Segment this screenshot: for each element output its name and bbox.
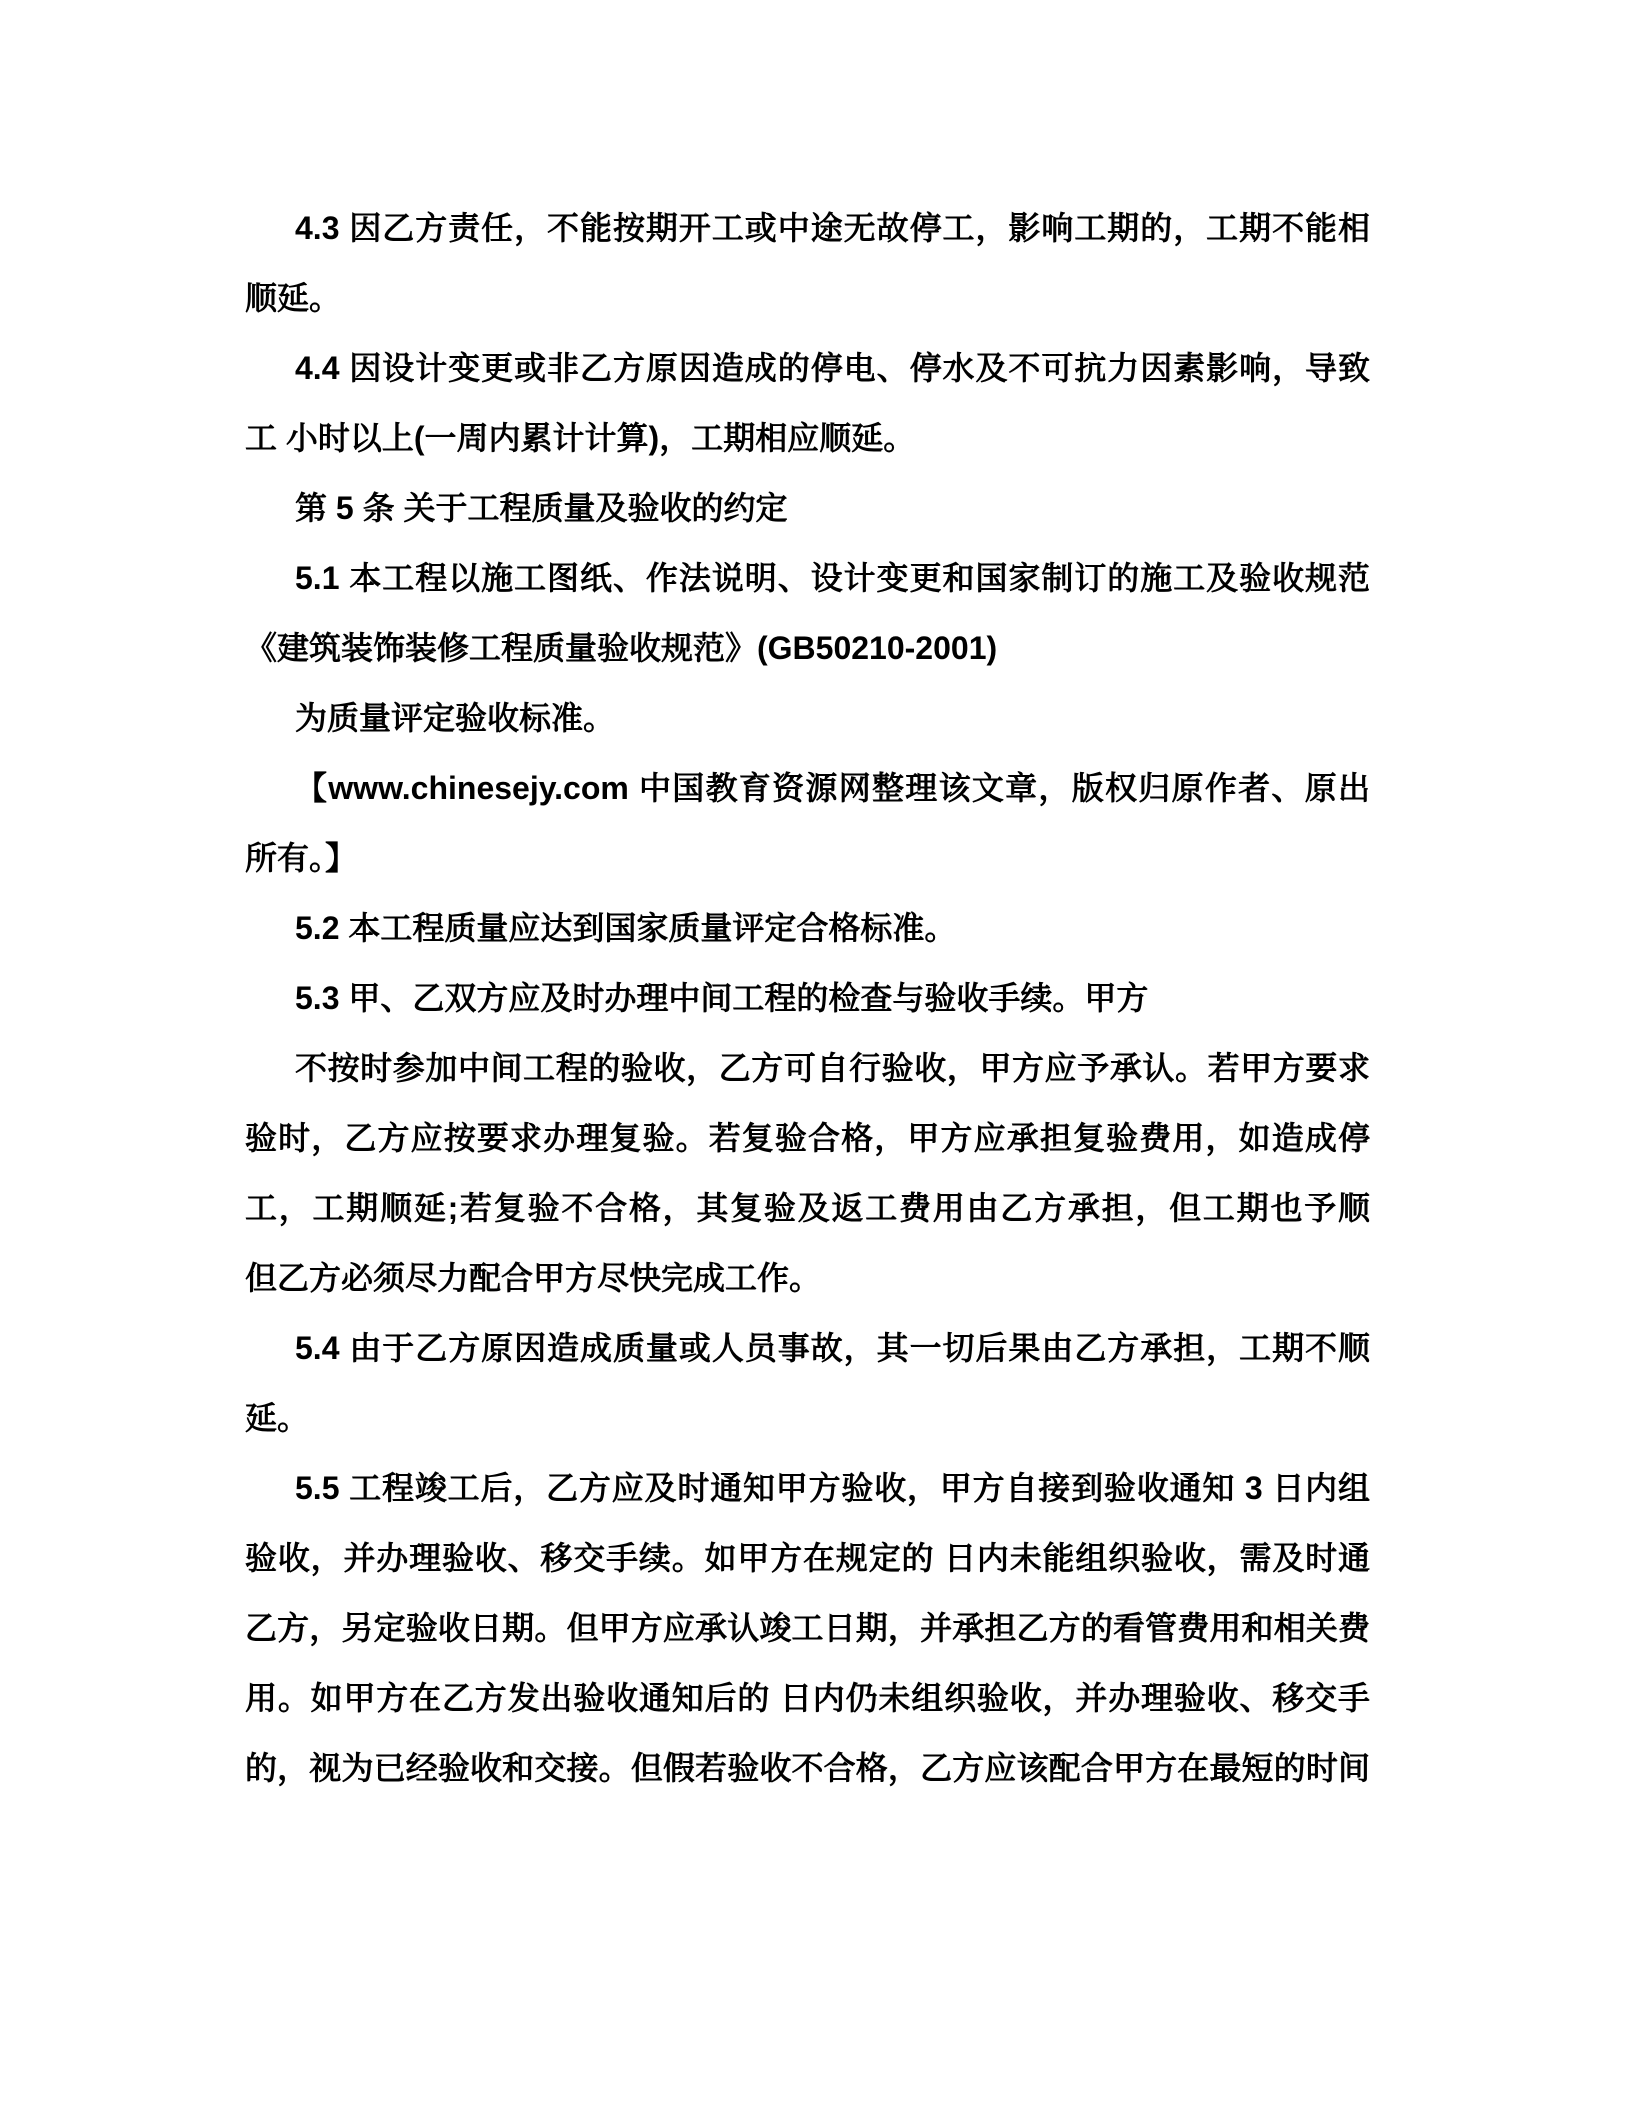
text-line: 工 小时以上(一周内累计计算)，工期相应顺延。 [245, 403, 1370, 473]
text-line: 5.1 本工程以施工图纸、作法说明、设计变更和国家制订的施工及验收规范 [245, 543, 1370, 613]
text-line: 乙方，另定验收日期。但甲方应承认竣工日期，并承担乙方的看管费用和相关费 [245, 1593, 1370, 1663]
text-line: 4.3 因乙方责任，不能按期开工或中途无故停工，影响工期的，工期不能相应 [245, 193, 1370, 263]
text-line: 的，视为已经验收和交接。但假若验收不合格，乙方应该配合甲方在最短的时间 [245, 1733, 1370, 1803]
text-line: 验时，乙方应按要求办理复验。若复验合格，甲方应承担复验费用，如造成停 [245, 1103, 1370, 1173]
text-line: 5.5 工程竣工后，乙方应及时通知甲方验收，甲方自接到验收通知 3 日内组织 [245, 1453, 1370, 1523]
text-line: 不按时参加中间工程的验收，乙方可自行验收，甲方应予承认。若甲方要求复 [245, 1033, 1370, 1103]
text-line: 工，工期顺延;若复验不合格，其复验及返工费用由乙方承担，但工期也予顺延， [245, 1173, 1370, 1243]
text-line: 顺延。 [245, 263, 1370, 333]
text-line: 4.4 因设计变更或非乙方原因造成的停电、停水及不可抗力因素影响，导致停 [245, 333, 1370, 403]
text-line: 《建筑装饰装修工程质量验收规范》(GB50210-2001) [245, 613, 1370, 683]
text-line: 为质量评定验收标准。 [245, 683, 1370, 753]
text-line: 验收，并办理验收、移交手续。如甲方在规定的 日内未能组织验收，需及时通知 [245, 1523, 1370, 1593]
document-body: 4.3 因乙方责任，不能按期开工或中途无故停工，影响工期的，工期不能相应顺延。4… [245, 193, 1370, 1803]
document-page: 4.3 因乙方责任，不能按期开工或中途无故停工，影响工期的，工期不能相应顺延。4… [0, 0, 1632, 2112]
text-line: 延。 [245, 1383, 1370, 1453]
text-line: 5.3 甲、乙双方应及时办理中间工程的检查与验收手续。甲方 [245, 963, 1370, 1033]
text-line: 所有。】 [245, 823, 1370, 893]
text-line: 5.4 由于乙方原因造成质量或人员事故，其一切后果由乙方承担，工期不顺 [245, 1313, 1370, 1383]
text-line: 【www.chinesejy.com 中国教育资源网整理该文章，版权归原作者、原… [245, 753, 1370, 823]
text-line: 用。如甲方在乙方发出验收通知后的 日内仍未组织验收，并办理验收、移交手续 [245, 1663, 1370, 1733]
text-line: 5.2 本工程质量应达到国家质量评定合格标准。 [245, 893, 1370, 963]
text-line: 第 5 条 关于工程质量及验收的约定 [245, 473, 1370, 543]
text-line: 但乙方必须尽力配合甲方尽快完成工作。 [245, 1243, 1370, 1313]
